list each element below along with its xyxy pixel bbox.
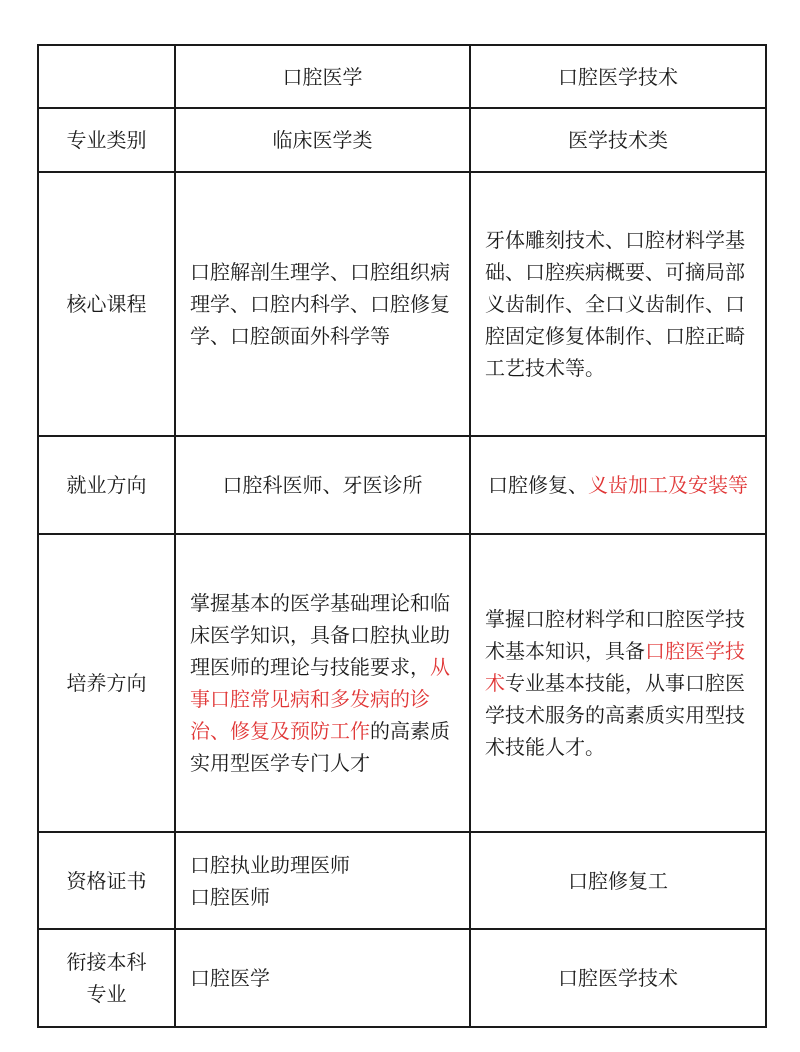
training-col1-text: 掌握基本的医学基础理论和临床医学知识，具备口腔执业助理医师的理论与技能要求， xyxy=(190,591,450,679)
table-row-certificates: 资格证书 口腔执业助理医师口腔医师 口腔修复工 xyxy=(38,832,766,929)
row-label: 衔接本科专业 xyxy=(38,929,175,1027)
table-row-training: 培养方向 掌握基本的医学基础理论和临床医学知识，具备口腔执业助理医师的理论与技能… xyxy=(38,534,766,832)
core-courses-col2: 牙体雕刻技术、口腔材料学基础、口腔疾病概要、可摘局部义齿制作、全口义齿制作、口腔… xyxy=(470,172,766,436)
table-row-category: 专业类别 临床医学类 医学技术类 xyxy=(38,108,766,172)
header-oral-medicine: 口腔医学 xyxy=(175,45,470,108)
employment-col2: 口腔修复、义齿加工及安装等 xyxy=(470,436,766,534)
row-label: 核心课程 xyxy=(38,172,175,436)
comparison-table: 口腔医学 口腔医学技术 专业类别 临床医学类 医学技术类 核心课程 口腔解剖生理… xyxy=(37,44,767,1028)
employment-col2-plain: 口腔修复、 xyxy=(488,473,588,497)
training-col2-text-end: 术技能人才。 xyxy=(485,731,751,763)
row-label: 专业类别 xyxy=(38,108,175,172)
table-row-core-courses: 核心课程 口腔解剖生理学、口腔组织病理学、口腔内科学、口腔修复学、口腔颌面外科学… xyxy=(38,172,766,436)
table-row-employment: 就业方向 口腔科医师、牙医诊所 口腔修复、义齿加工及安装等 xyxy=(38,436,766,534)
bachelor-link-col1: 口腔医学 xyxy=(175,929,470,1027)
employment-col1: 口腔科医师、牙医诊所 xyxy=(175,436,470,534)
training-col1: 掌握基本的医学基础理论和临床医学知识，具备口腔执业助理医师的理论与技能要求，从事… xyxy=(175,534,470,832)
certificates-col1: 口腔执业助理医师口腔医师 xyxy=(175,832,470,929)
corner-cell xyxy=(38,45,175,108)
row-label: 就业方向 xyxy=(38,436,175,534)
header-row: 口腔医学 口腔医学技术 xyxy=(38,45,766,108)
bachelor-link-col2: 口腔医学技术 xyxy=(470,929,766,1027)
category-col2: 医学技术类 xyxy=(470,108,766,172)
training-col2-text-mid: 专业基本技能，从事口腔医学技术服务的高素质实用型技 xyxy=(485,671,745,727)
table-row-bachelor-link: 衔接本科专业 口腔医学 口腔医学技术 xyxy=(38,929,766,1027)
certificates-col2: 口腔修复工 xyxy=(470,832,766,929)
employment-col2-highlight: 义齿加工及安装等 xyxy=(588,473,748,497)
row-label-line: 专业 xyxy=(53,978,160,1010)
training-col2: 掌握口腔材料学和口腔医学技术基本知识，具备口腔医学技术专业基本技能，从事口腔医学… xyxy=(470,534,766,832)
certificate-item: 口腔执业助理医师 xyxy=(190,849,455,881)
header-oral-medical-technology: 口腔医学技术 xyxy=(470,45,766,108)
core-courses-col1: 口腔解剖生理学、口腔组织病理学、口腔内科学、口腔修复学、口腔颌面外科学等 xyxy=(175,172,470,436)
row-label: 资格证书 xyxy=(38,832,175,929)
category-col1: 临床医学类 xyxy=(175,108,470,172)
row-label-line: 衔接本科 xyxy=(53,946,160,978)
certificate-item: 口腔医师 xyxy=(190,881,455,913)
row-label: 培养方向 xyxy=(38,534,175,832)
